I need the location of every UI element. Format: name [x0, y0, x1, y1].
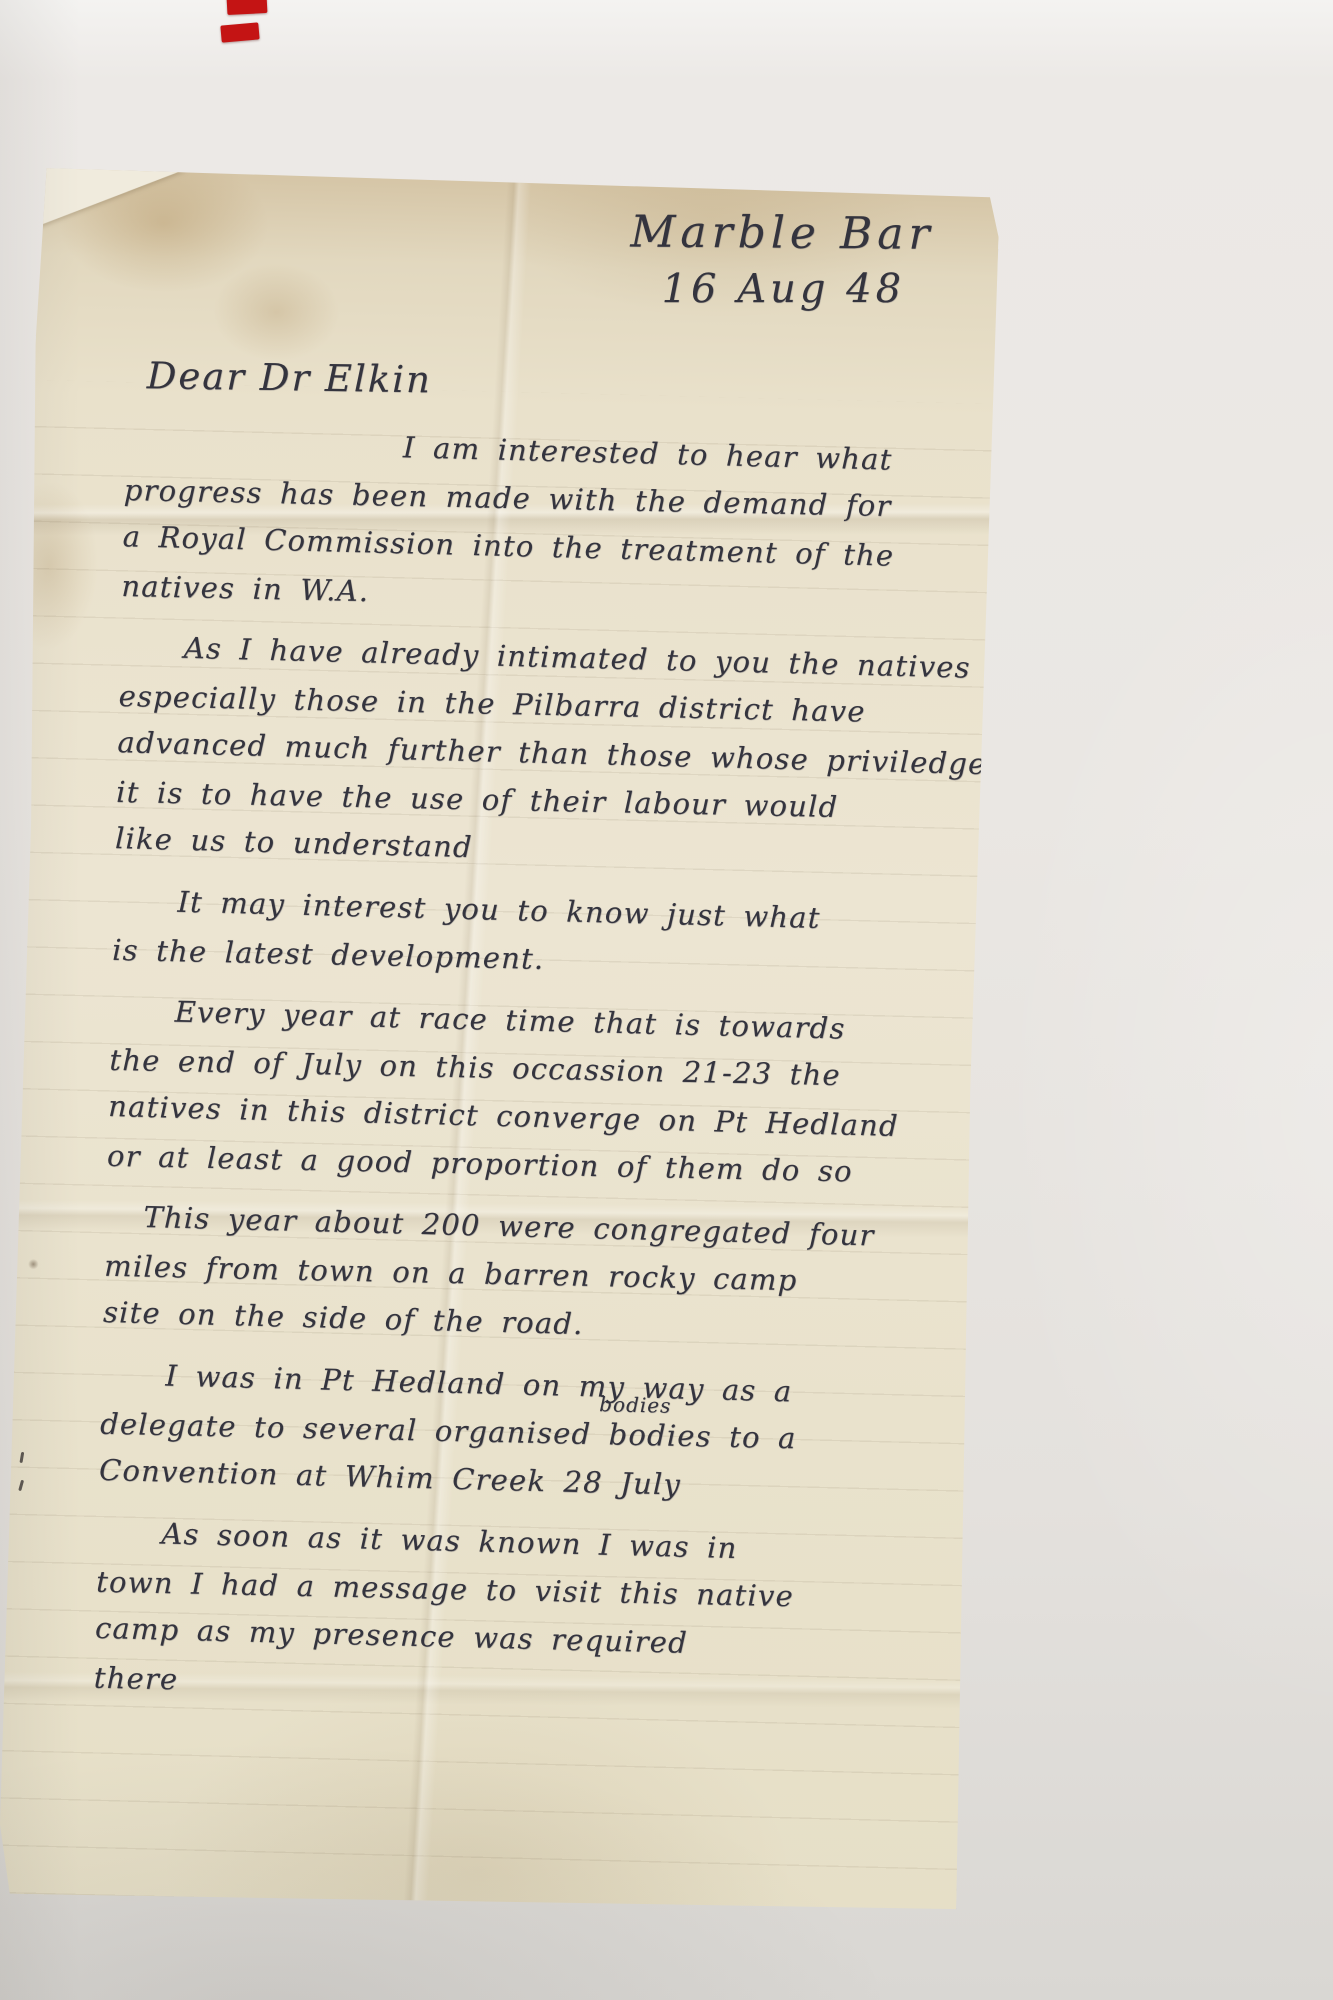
stray-ink-marks-icon — [18, 1452, 25, 1496]
paragraph: Every year at race time that is towardst… — [106, 986, 935, 1199]
letter-page: Marble Bar 16 Aug 48 Dear Dr Elkin I am … — [0, 168, 1000, 1918]
paragraph: As soon as it was known I was intown I h… — [93, 1508, 922, 1721]
photo-backdrop: Marble Bar 16 Aug 48 Dear Dr Elkin I am … — [0, 0, 1333, 2000]
paragraph: It may interest you to know just whatis … — [112, 876, 938, 993]
red-tab-icon — [220, 22, 259, 42]
paragraph: As I have already intimated to you the n… — [114, 622, 944, 883]
salutation: Dear Dr Elkin — [146, 354, 995, 410]
paragraph: This year about 200 were congregated fou… — [102, 1192, 929, 1357]
letter-date: 16 Aug 48 — [37, 266, 933, 313]
paragraph: I am interested to hear whatprogress has… — [121, 416, 950, 629]
letter-body: I am interested to hear whatprogress has… — [1, 414, 993, 1722]
letter-header: Marble Bar 16 Aug 48 — [37, 194, 999, 325]
red-tab-icon — [227, 0, 268, 15]
paragraph: I was in Pt Hedland on my way as adelega… — [98, 1350, 925, 1515]
letter-place: Marble Bar — [38, 202, 934, 260]
insertion-above-line: bodies — [599, 1394, 672, 1416]
